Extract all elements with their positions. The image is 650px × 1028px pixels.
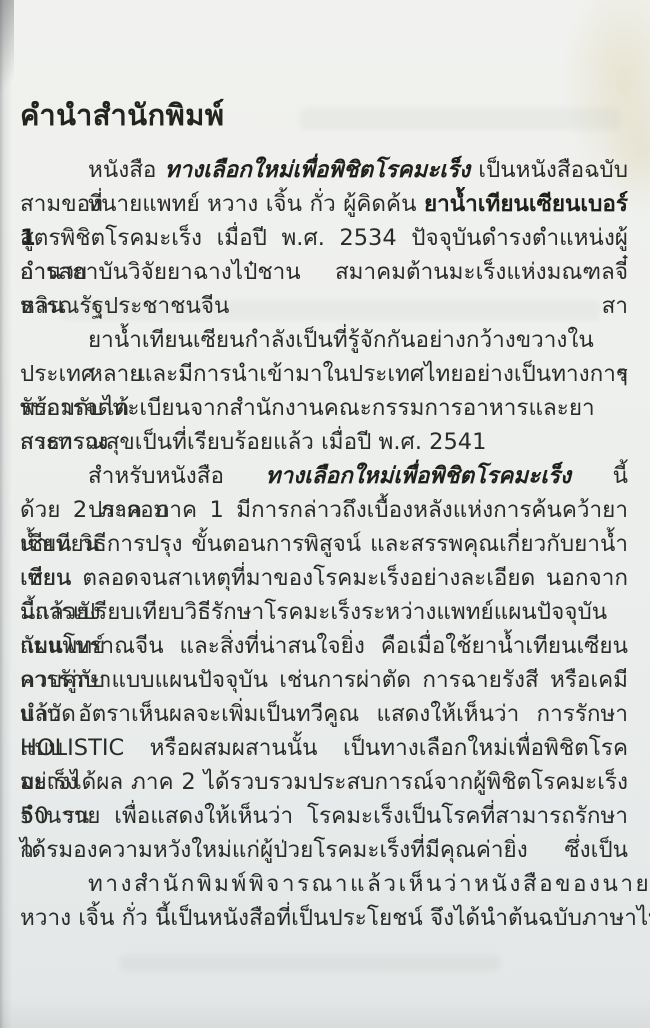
text-line: สำหรับหนังสือ ทางเลือกใหม่เพื่อพิชิตโรคม… (20, 459, 628, 493)
text-line: หวาง เจิ้น กั่ว นี้เป็นหนังสือที่เป็นประ… (20, 901, 628, 935)
text-segment: สามของนายแพทย์ หวาง เจิ้น กั่ว ผู้คิดค้น (20, 191, 424, 217)
text-line: สูตรพิชิตโรคมะเร็ง เมื่อปี พ.ศ. 2534 ปัจ… (20, 221, 628, 255)
text-segment: ทางเลือกใหม่เพื่อพิชิตโรคมะเร็ง (165, 157, 470, 183)
text-line: เซียน ตลอดจนสาเหตุที่มาของโรคมะเร็งอย่าง… (20, 561, 628, 595)
text-line: อย่างได้ผล ภาค 2 ได้รวบรวมประสบการณ์จากผ… (20, 765, 628, 799)
text-line: รับการจดทะเบียนจากสำนักงานคณะกรรมการอาหา… (20, 391, 628, 425)
text-line: เซียน วิธีการปรุง ขั้นตอนการพิสูจน์ และส… (20, 527, 628, 561)
text-line: HOLISTIC หรือผสมผสานนั้น เป็นทางเลือกใหม… (20, 731, 628, 765)
text-segment: การมองความหวังใหม่แก่ผู้ป่วยโรคมะเร็งที่… (20, 837, 528, 863)
text-segment: หวาง เจิ้น กั่ว นี้เป็นหนังสือที่เป็นประ… (20, 905, 650, 931)
text-line: แผนโบราณจีน และสิ่งที่น่าสนใจยิ่ง คือเมื… (20, 629, 628, 663)
text-segment: ทางสำนักพิมพ์พิจารณาแล้วเห็นว่าหนังสือขอ… (88, 871, 650, 897)
text-line: ทางสำนักพิมพ์พิจารณาแล้วเห็นว่าหนังสือขอ… (20, 867, 628, 901)
text-line: ยาน้ำเทียนเซียนกำลังเป็นที่รู้จักกันอย่า… (20, 323, 628, 357)
book-page: คำนำสำนักพิมพ์ หนังสือ ทางเลือกใหม่เพื่อ… (0, 0, 650, 1028)
text-line: สามของนายแพทย์ หวาง เจิ้น กั่ว ผู้คิดค้น… (20, 187, 628, 221)
text-line: สาธารณสุขเป็นที่เรียบร้อยแล้ว เมื่อปี พ.… (20, 425, 628, 459)
text-segment: ทางเลือกใหม่เพื่อพิชิตโรคมะเร็ง (266, 463, 571, 489)
text-line: มีการเปรียบเทียบวิธีรักษาโรคมะเร็งระหว่า… (20, 595, 628, 629)
body-text: หนังสือ ทางเลือกใหม่เพื่อพิชิตโรคมะเร็ง … (20, 153, 628, 935)
text-segment: สาธารณสุขเป็นที่เรียบร้อยแล้ว เมื่อปี พ.… (20, 429, 486, 455)
text-line: แล้ว อัตราเห็นผลจะเพิ่มเป็นทวีคูณ แสดงให… (20, 697, 628, 731)
page-title: คำนำสำนักพิมพ์ (20, 98, 628, 133)
text-segment: ธารณรัฐประชาชนจีน (20, 293, 229, 319)
text-line: ประเทศ และมีการนำเข้ามาในประเทศไทยอย่างเ… (20, 357, 628, 391)
text-line: การสถาบันวิจัยยาฉางไป๋ชาน สมาคมต้านมะเร็… (20, 255, 628, 289)
text-segment: หนังสือ (88, 157, 165, 183)
page-gutter-shadow (0, 0, 14, 120)
text-line: 50 ราย เพื่อแสดงให้เห็นว่า โรคมะเร็งเป็น… (20, 799, 628, 833)
text-segment: สำหรับหนังสือ (88, 463, 266, 489)
text-line: หนังสือ ทางเลือกใหม่เพื่อพิชิตโรคมะเร็ง … (20, 153, 628, 187)
text-line: ด้วย 2 ภาค ภาค 1 มีการกล่าวถึงเบื้องหลัง… (20, 493, 628, 527)
text-line: การรักษาแบบแผนปัจจุบัน เช่นการผ่าตัด การ… (20, 663, 628, 697)
page-showthrough (120, 955, 500, 971)
